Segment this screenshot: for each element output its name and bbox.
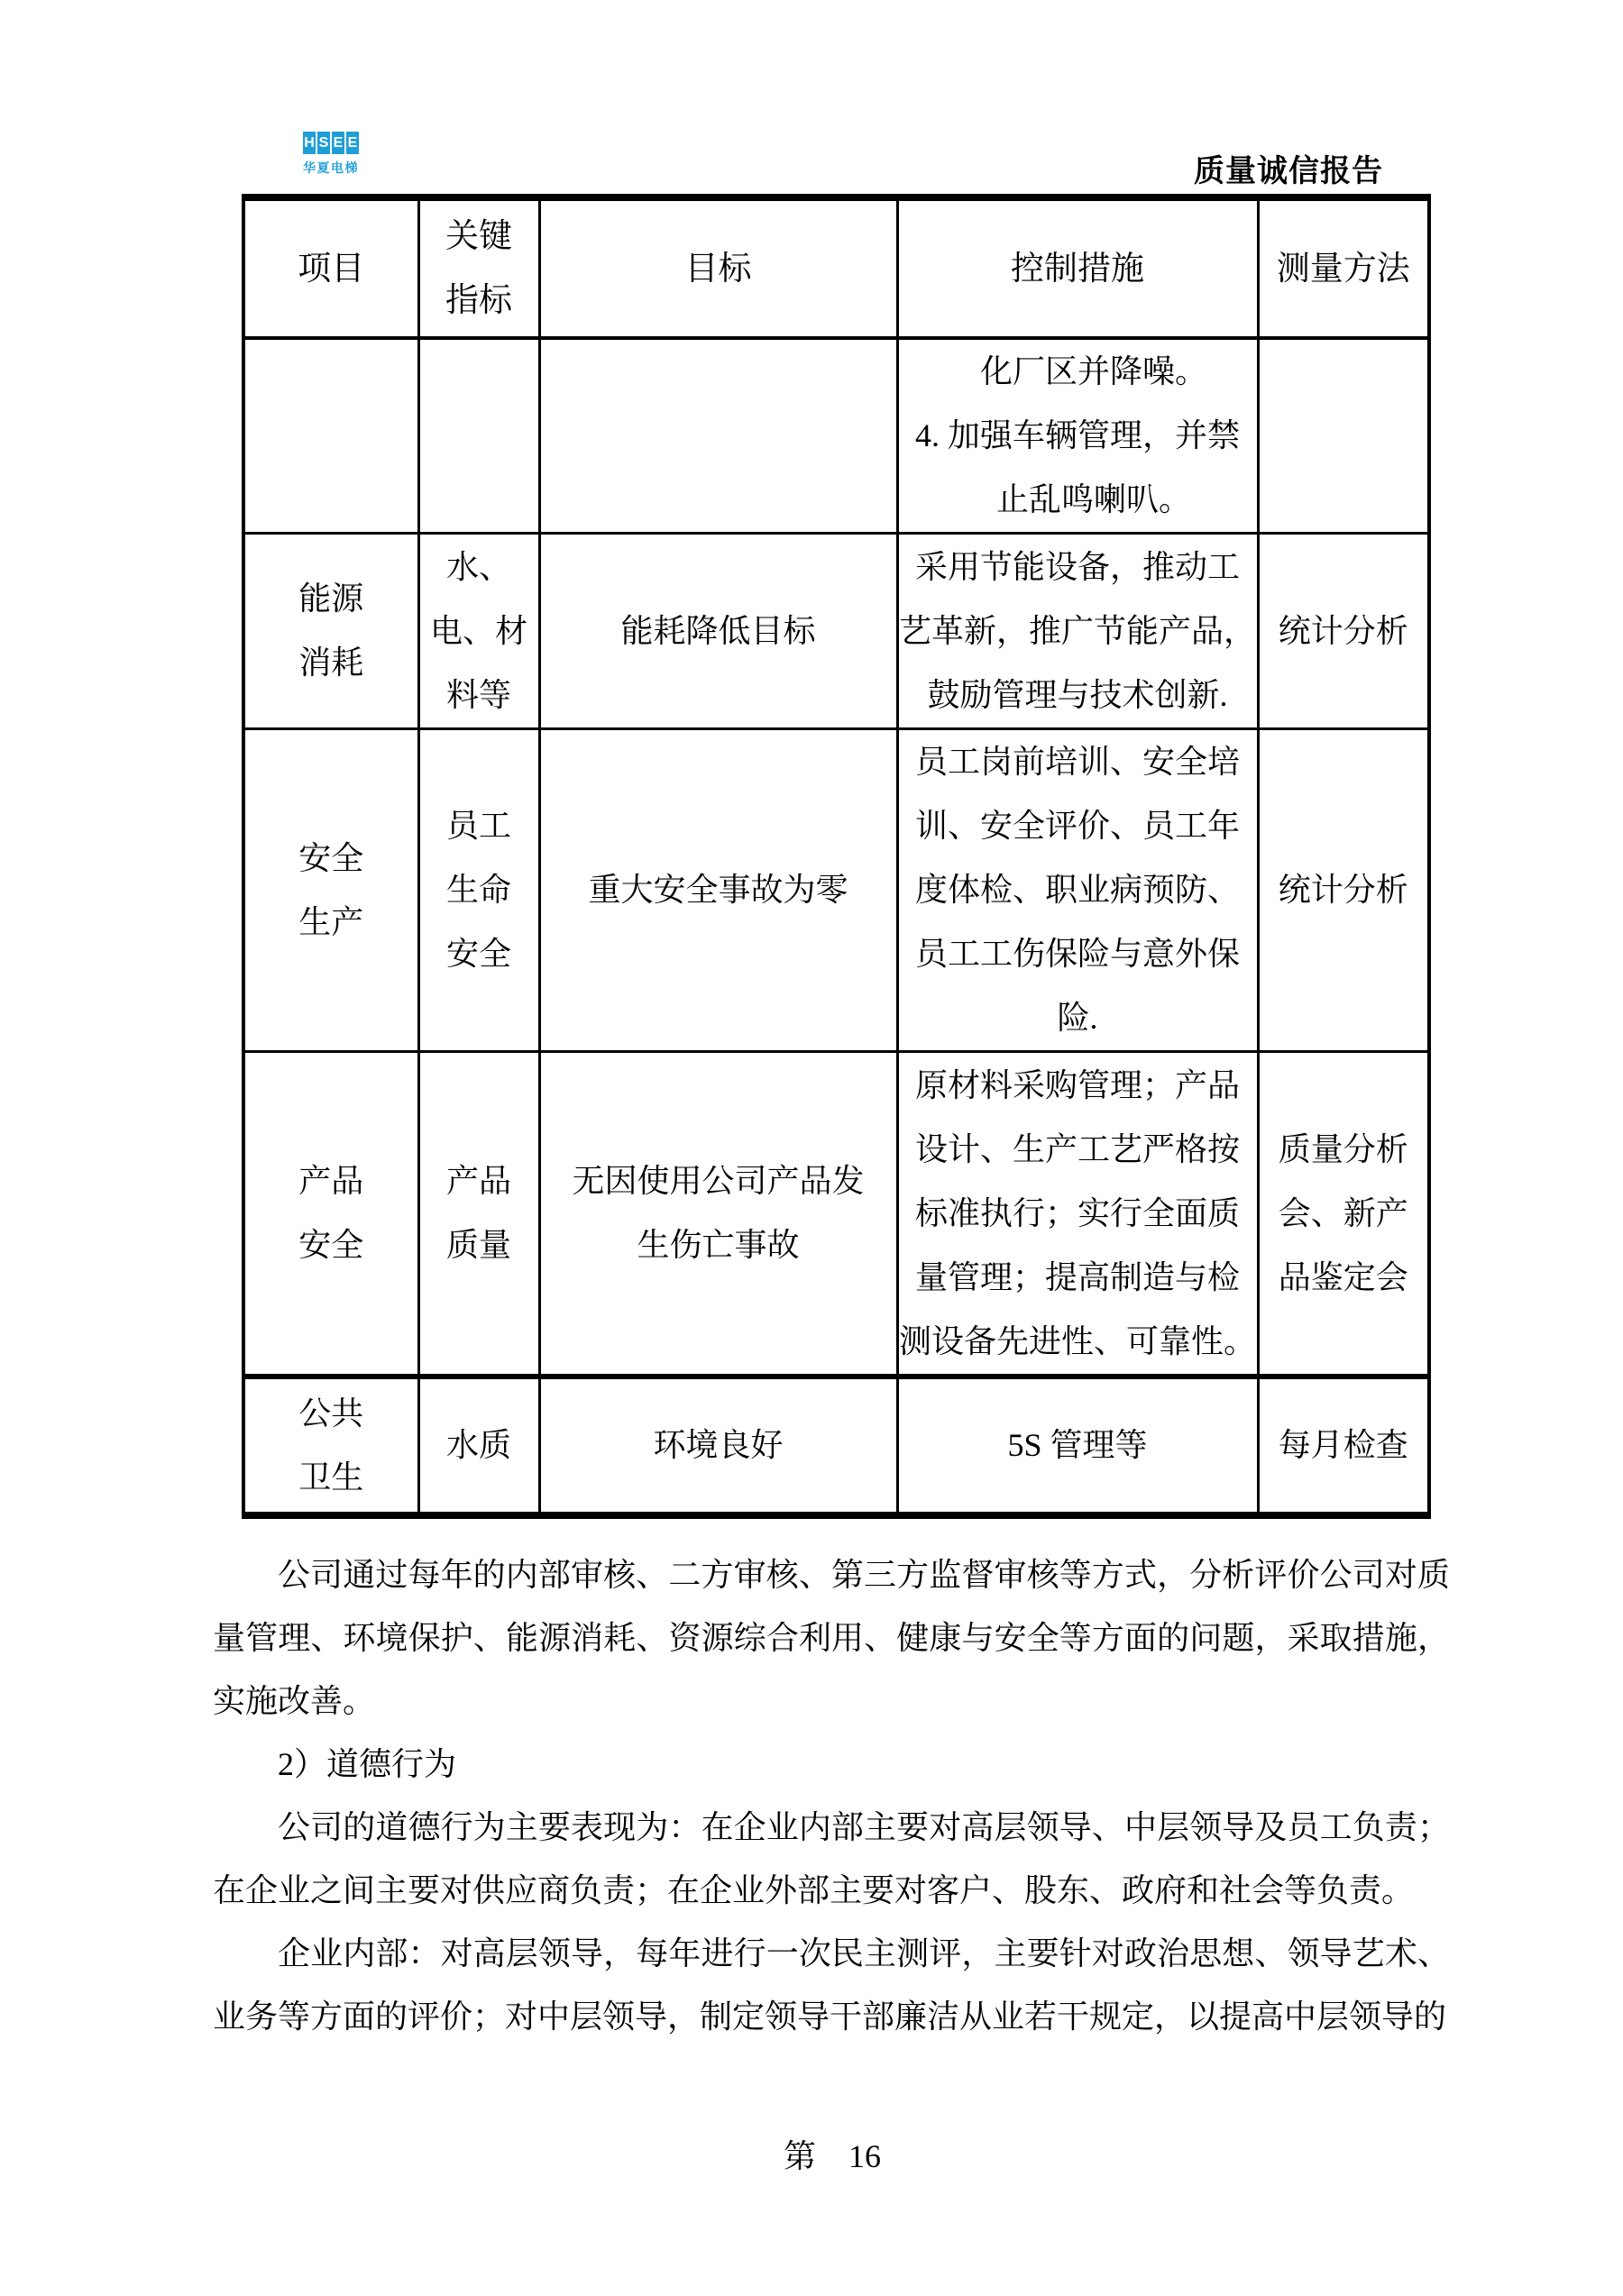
logo-letter-tile: E [346, 132, 359, 154]
hsee-logo-icon: H S E E [303, 132, 359, 154]
page-footer: 第16 [0, 2131, 1623, 2177]
cell-measure: 质量分析 会、新产 品鉴定会 [1258, 1052, 1429, 1377]
paragraph: 公司通过每年的内部审核、二方审核、第三方监督审核等方式，分析评价公司对质量管理、… [213, 1543, 1450, 1733]
cell-indicator: 水质 [418, 1377, 539, 1515]
column-header-target: 目标 [539, 197, 897, 338]
table-row: 能源 消耗 水、 电、材 料等 能耗降低目标 采用节能设备，推动工 艺革新，推广… [243, 534, 1429, 729]
logo-subtitle: 华夏电梯 [303, 159, 359, 177]
table-row: 产品 安全 产品 质量 无因使用公司产品发 生伤亡事故 原材料采购管理；产品 设… [243, 1052, 1429, 1377]
document-page: H S E E 华夏电梯 质量诚信报告 项目 关键 指标 目标 控制措施 测量方… [0, 0, 1623, 2296]
cell-indicator [418, 338, 539, 534]
cell-indicator: 产品 质量 [418, 1052, 539, 1377]
cell-target: 能耗降低目标 [539, 534, 897, 729]
cell-target [539, 338, 897, 534]
cell-target: 重大安全事故为零 [539, 729, 897, 1052]
logo-letter-tile: E [332, 132, 344, 154]
cell-target: 环境良好 [539, 1377, 897, 1515]
table-header-row: 项目 关键 指标 目标 控制措施 测量方法 [243, 197, 1429, 338]
cell-project: 产品 安全 [243, 1052, 418, 1377]
cell-measure [1258, 338, 1429, 534]
cell-project [243, 338, 418, 534]
quality-objectives-table: 项目 关键 指标 目标 控制措施 测量方法 化厂区并降噪。 4. 加强车辆管理，… [242, 194, 1431, 1519]
column-header-measurement-method: 测量方法 [1258, 197, 1429, 338]
cell-control: 5S 管理等 [897, 1377, 1258, 1515]
page-number: 16 [848, 2138, 881, 2174]
cell-measure: 每月检查 [1258, 1377, 1429, 1515]
cell-control: 员工岗前培训、安全培 训、安全评价、员工年 度体检、职业病预防、 员工工伤保险与… [897, 729, 1258, 1052]
table-row: 安全 生产 员工 生命 安全 重大安全事故为零 员工岗前培训、安全培 训、安全评… [243, 729, 1429, 1052]
page-header-title: 质量诚信报告 [1194, 146, 1383, 190]
cell-control: 化厂区并降噪。 4. 加强车辆管理，并禁 止乱鸣喇叭。 [897, 338, 1258, 534]
paragraph: 企业内部：对高层领导，每年进行一次民主测评，主要针对政治思想、领导艺术、业务等方… [213, 1922, 1450, 2048]
body-text: 公司通过每年的内部审核、二方审核、第三方监督审核等方式，分析评价公司对质量管理、… [213, 1543, 1450, 2048]
table-row: 公共 卫生 水质 环境良好 5S 管理等 每月检查 [243, 1377, 1429, 1515]
column-header-project: 项目 [243, 197, 418, 338]
column-header-control-measures: 控制措施 [897, 197, 1258, 338]
logo-letter-tile: H [303, 132, 316, 154]
cell-measure: 统计分析 [1258, 729, 1429, 1052]
section-heading-moral-behavior: 2）道德行为 [213, 1733, 1450, 1796]
cell-project: 能源 消耗 [243, 534, 418, 729]
company-logo: H S E E 华夏电梯 [303, 132, 359, 177]
cell-indicator: 水、 电、材 料等 [418, 534, 539, 729]
column-header-key-indicator: 关键 指标 [418, 197, 539, 338]
cell-indicator: 员工 生命 安全 [418, 729, 539, 1052]
table-row: 化厂区并降噪。 4. 加强车辆管理，并禁 止乱鸣喇叭。 [243, 338, 1429, 534]
logo-letter-tile: S [317, 132, 330, 154]
cell-measure: 统计分析 [1258, 534, 1429, 729]
paragraph: 公司的道德行为主要表现为：在企业内部主要对高层领导、中层领导及员工负责；在企业之… [213, 1796, 1450, 1922]
page-number-prefix: 第 [784, 2138, 816, 2174]
cell-target: 无因使用公司产品发 生伤亡事故 [539, 1052, 897, 1377]
cell-project: 公共 卫生 [243, 1377, 418, 1515]
cell-control: 原材料采购管理；产品 设计、生产工艺严格按 标准执行；实行全面质 量管理；提高制… [897, 1052, 1258, 1377]
cell-project: 安全 生产 [243, 729, 418, 1052]
cell-control: 采用节能设备，推动工 艺革新，推广节能产品， 鼓励管理与技术创新. [897, 534, 1258, 729]
